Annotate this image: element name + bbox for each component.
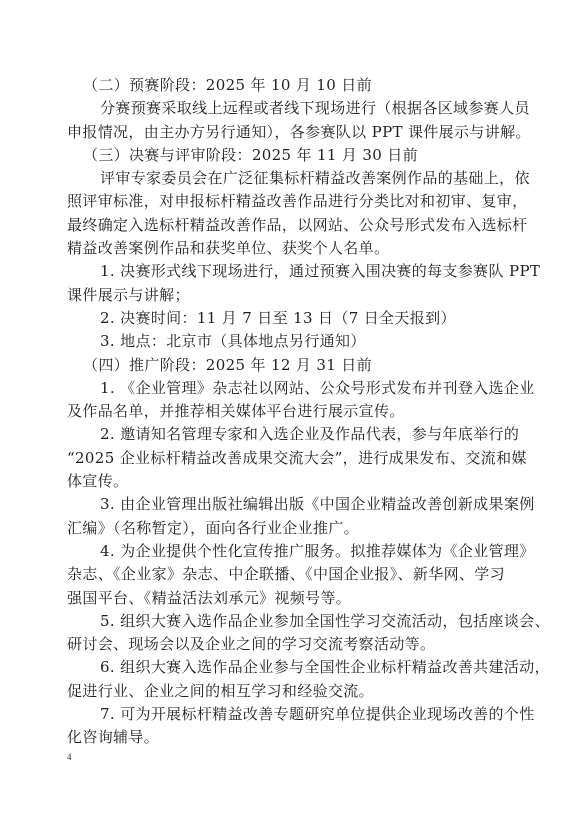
text-line: （二）预赛阶段：2025 年 10 月 10 日前 (67, 74, 507, 97)
text-line: 汇编》（名称暂定），面向各行业企业推广。 (67, 517, 507, 540)
text-line: 课件展示与讲解； (67, 284, 507, 307)
text-line: 4. 为企业提供个性化宣传推广服务。拟推荐媒体为《企业管理》 (67, 540, 507, 563)
text-line: 化咨询辅导。 (67, 726, 507, 749)
text-line: 促进行业、企业之间的相互学习和经验交流。 (67, 680, 507, 703)
document-page: （二）预赛阶段：2025 年 10 月 10 日前分赛预赛采取线上远程或者线下现… (0, 0, 580, 820)
text-line: 研讨会、现场会以及企业之间的学习交流考察活动等。 (67, 633, 507, 656)
text-line: 及作品名单，并推荐相关媒体平台进行展示宣传。 (67, 400, 507, 423)
text-line: 7. 可为开展标杆精益改善专题研究单位提供企业现场改善的个性 (67, 703, 507, 726)
text-line: 分赛预赛采取线上远程或者线下现场进行（根据各区域参赛人员 (67, 97, 507, 120)
page-number: 4 (67, 752, 72, 762)
text-line: 体宣传。 (67, 470, 507, 493)
text-line: 2. 决赛时间：11 月 7 日至 13 日（7 日全天报到） (67, 307, 507, 330)
text-line: 2. 邀请知名管理专家和入选企业及作品代表，参与年底举行的 (67, 423, 507, 446)
text-line: 最终确定入选标杆精益改善作品，以网站、公众号形式发布入选标杆 (67, 214, 507, 237)
text-line: 照评审标准，对申报标杆精益改善作品进行分类比对和初审、复审， (67, 190, 507, 213)
text-line: 1. 决赛形式线下现场进行，通过预赛入围决赛的每支参赛队 PPT (67, 260, 507, 283)
text-line: （三）决赛与评审阶段：2025 年 11 月 30 日前 (67, 144, 507, 167)
body-text: （二）预赛阶段：2025 年 10 月 10 日前分赛预赛采取线上远程或者线下现… (67, 74, 507, 750)
text-line: （四）推广阶段：2025 年 12 月 31 日前 (67, 354, 507, 377)
text-line: 5. 组织大赛入选作品企业参加全国性学习交流活动，包括座谈会、 (67, 610, 507, 633)
text-line: 3. 地点：北京市（具体地点另行通知） (67, 330, 507, 353)
text-line: “2025 企业标杆精益改善成果交流大会”，进行成果发布、交流和媒 (67, 447, 507, 470)
text-line: 强国平台、《精益活法刘承元》视频号等。 (67, 587, 507, 610)
text-line: 精益改善案例作品和获奖单位、获奖个人名单。 (67, 237, 507, 260)
text-line: 6. 组织大赛入选作品企业参与全国性企业标杆精益改善共建活动， (67, 656, 507, 679)
text-line: 3. 由企业管理出版社编辑出版《中国企业精益改善创新成果案例 (67, 493, 507, 516)
text-line: 申报情况，由主办方另行通知），各参赛队以 PPT 课件展示与讲解。 (67, 121, 507, 144)
text-line: 1. 《企业管理》杂志社以网站、公众号形式发布并刊登入选企业 (67, 377, 507, 400)
text-line: 评审专家委员会在广泛征集标杆精益改善案例作品的基础上，依 (67, 167, 507, 190)
text-line: 杂志、《企业家》杂志、中企联播、《中国企业报》、新华网、学习 (67, 563, 507, 586)
